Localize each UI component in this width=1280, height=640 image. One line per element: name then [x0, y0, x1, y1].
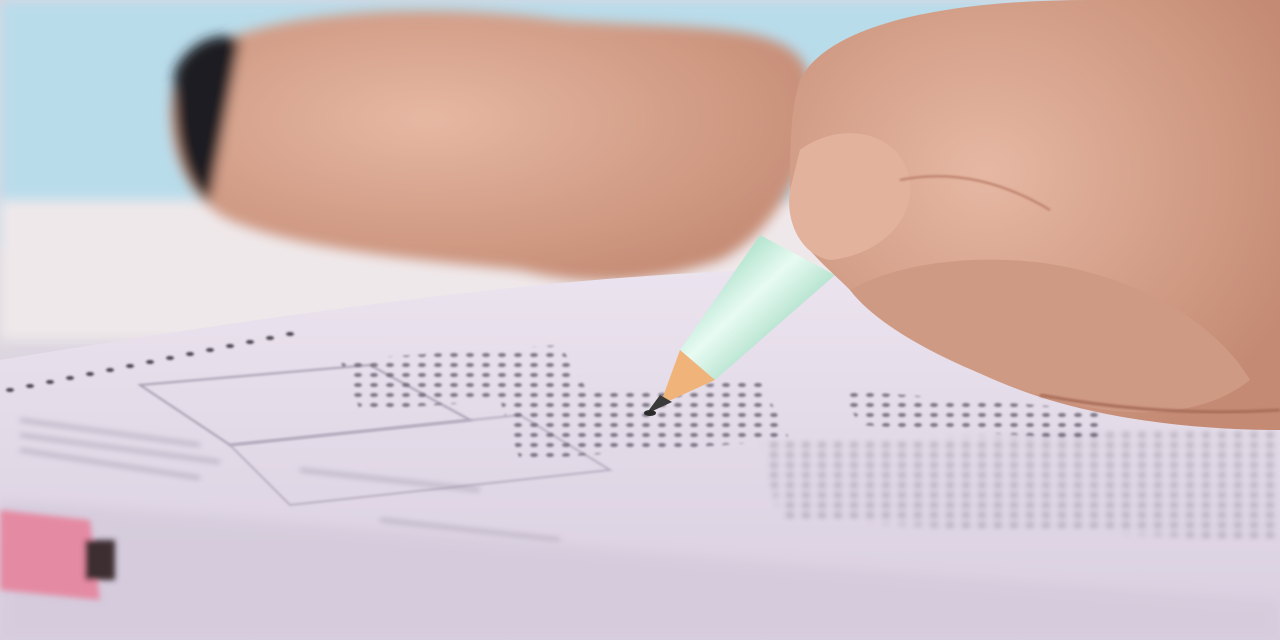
photo-scene: Close-up of hands filling in an optical … — [0, 0, 1280, 640]
